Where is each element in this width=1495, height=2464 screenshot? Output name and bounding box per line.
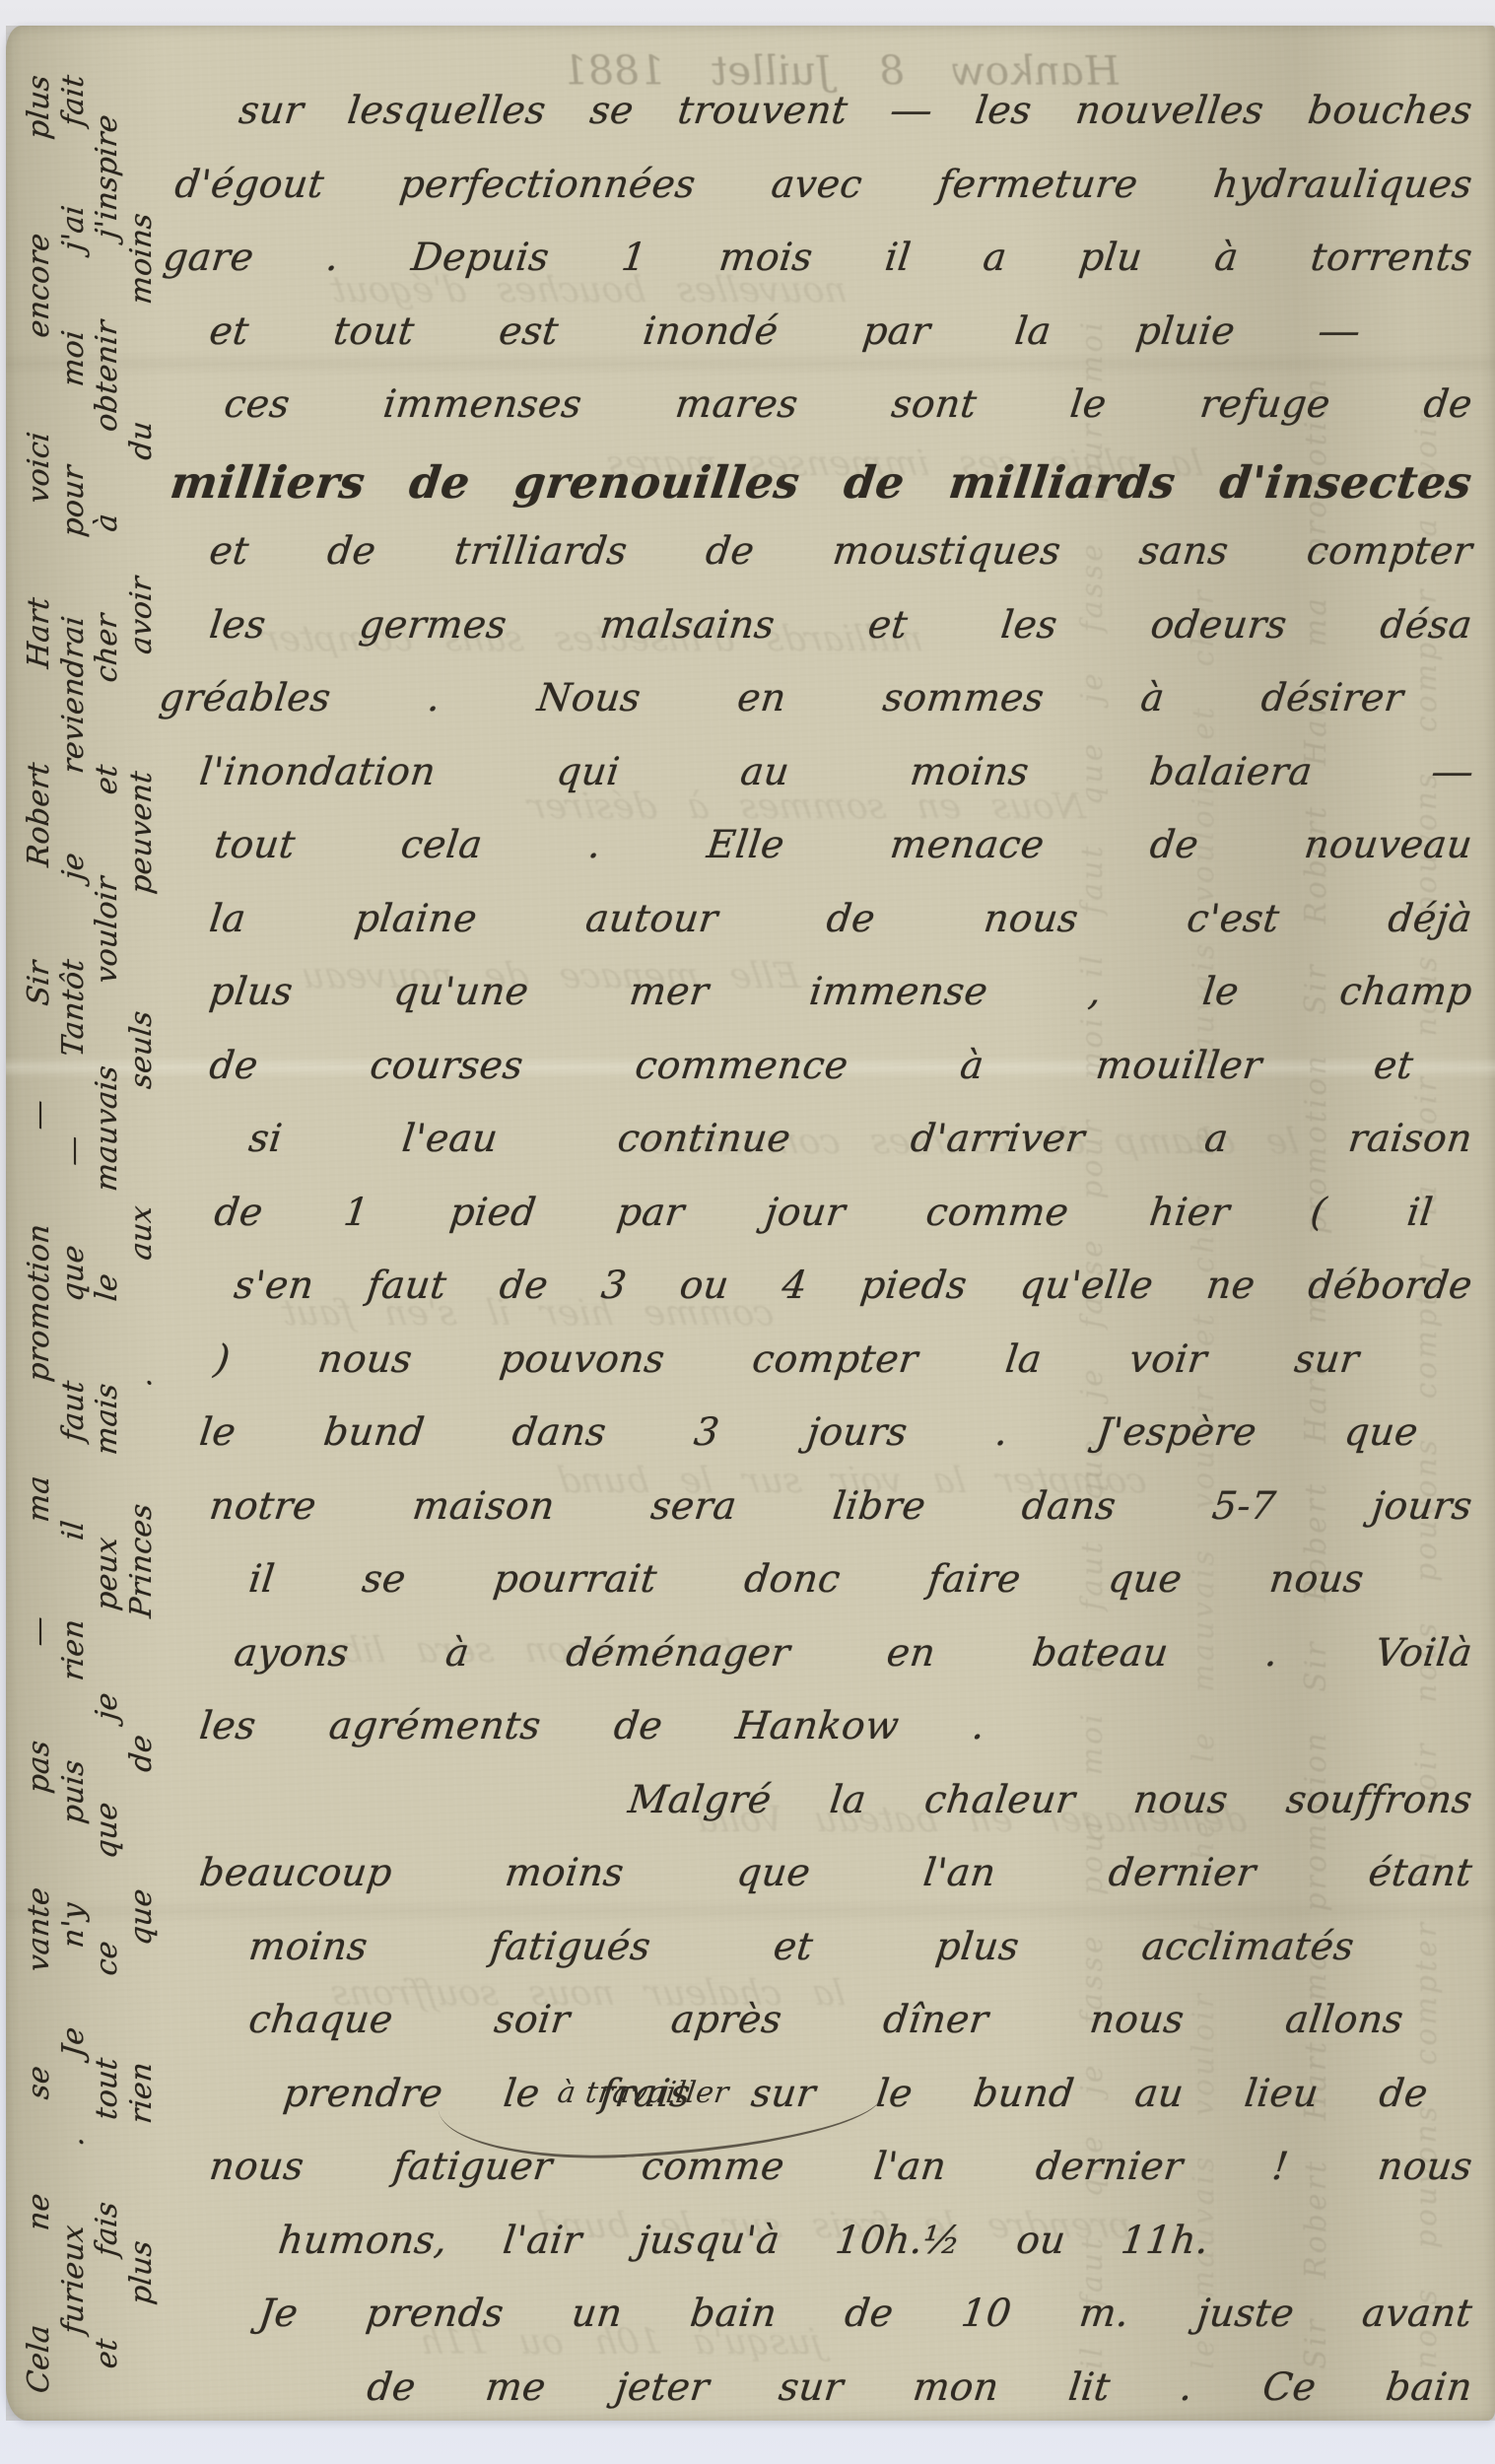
word: est	[497, 309, 561, 354]
word: la	[207, 897, 248, 941]
word: aux	[124, 1203, 159, 1262]
margin-line-3: etfaistoutcequejepeuxmaislemauvaisvouloi…	[90, 73, 124, 2395]
word: de	[843, 2292, 896, 2336]
word: pluie	[1133, 309, 1238, 354]
word: moins	[503, 1851, 627, 1895]
word: le	[90, 1271, 124, 1303]
word: je	[90, 1691, 124, 1722]
word: le	[1200, 970, 1242, 1014]
photo-background: { "letter": { "ink_color": "#2f2a22", "p…	[0, 0, 1495, 2464]
word: .	[56, 2134, 91, 2147]
word: la	[1012, 309, 1053, 354]
word: bateau	[1030, 1631, 1171, 1676]
word: —	[56, 1134, 91, 1168]
word: de	[824, 897, 877, 941]
word: compter	[750, 1337, 920, 1382]
word: nous	[207, 2145, 306, 2189]
letter-line-18: )nouspouvonscompterlavoirsur	[149, 1337, 1474, 1411]
letter-body: surlesquellessetrouvent―lesnouvellesbouc…	[154, 89, 1470, 2438]
word: fatigués	[488, 1925, 653, 1969]
word: hier	[1147, 1191, 1232, 1235]
word: nous	[315, 1337, 415, 1382]
word: fais	[90, 2200, 124, 2258]
word: de	[704, 529, 757, 574]
word: trilliards	[452, 529, 631, 574]
word: Robert	[22, 761, 56, 868]
word: malsains	[597, 603, 777, 648]
letter-line-8: lesgermesmalsainsetlesodeursdésa	[149, 603, 1474, 677]
word: beaucoup	[197, 1851, 395, 1895]
word: d'arriver	[909, 1117, 1088, 1161]
word: promotion	[22, 1222, 56, 1383]
word: bouches	[1306, 89, 1475, 133]
word: menace	[888, 823, 1047, 867]
word: 5-7	[1210, 1484, 1279, 1529]
word: déborde	[1306, 1264, 1475, 1308]
word: mauvais	[90, 1063, 124, 1193]
word: déménager	[564, 1631, 792, 1676]
word: lieu	[1242, 2072, 1321, 2116]
word: que	[1342, 1410, 1421, 1455]
word: milliers	[168, 456, 368, 509]
word: moi	[56, 328, 91, 388]
word: au	[1132, 2072, 1187, 2116]
word: à	[443, 1631, 472, 1676]
word: par	[860, 309, 933, 354]
word: autour	[583, 897, 720, 941]
word: peux	[90, 1536, 124, 1612]
word: nouveau	[1302, 823, 1475, 867]
word: l'an	[920, 1851, 998, 1895]
word: juste	[1194, 2292, 1297, 2336]
word: ―	[1431, 750, 1475, 794]
word: mais	[90, 1382, 124, 1457]
word: que	[56, 1243, 91, 1303]
word: .	[970, 1704, 987, 1748]
word: Ce	[1260, 2365, 1319, 2410]
word: jours	[804, 1410, 910, 1455]
word: ma	[22, 1473, 56, 1524]
word: chaque	[246, 1998, 395, 2042]
margin-line-4: plusrienquedePrinces.auxseulspeuventavoi…	[124, 73, 159, 2395]
word: —	[22, 1614, 56, 1648]
word: ne	[22, 2191, 56, 2231]
letter-page: Hankow 8 Juillet 1881 il faut que je fas…	[6, 26, 1495, 2421]
word: pourrait	[491, 1557, 659, 1602]
word: se	[587, 89, 636, 133]
word: mon	[911, 2365, 1001, 2410]
word: de	[207, 1044, 260, 1088]
word: rien	[124, 2060, 159, 2125]
letter-line-16: de1piedparjourcommehier(il	[149, 1191, 1474, 1265]
word: j'inspire	[90, 112, 124, 240]
letter-line-22: ayonsàdéménagerenbateau.Voilà	[149, 1631, 1474, 1705]
word: .	[124, 1375, 159, 1388]
word: faut	[56, 1379, 91, 1443]
word: grenouilles	[511, 456, 802, 509]
letter-line-15: sil'eaucontinued'arriveraraison	[149, 1117, 1474, 1191]
word: c'est	[1185, 897, 1282, 941]
word: bund	[971, 2072, 1076, 2116]
word: libre	[831, 1484, 928, 1529]
word: trouvent	[675, 89, 850, 133]
word: il	[56, 1519, 91, 1541]
word: sans	[1137, 529, 1232, 574]
word: torrents	[1309, 236, 1475, 280]
word: en	[735, 676, 789, 720]
letter-line-14: decoursescommenceàmouilleret	[149, 1044, 1474, 1118]
word: acclimatés	[1139, 1925, 1356, 1969]
word: l'air	[501, 2219, 584, 2263]
word: maison	[410, 1484, 557, 1529]
word: ces	[222, 382, 293, 427]
word: au	[738, 750, 792, 794]
word: ―	[1318, 309, 1362, 354]
word: que	[90, 1801, 124, 1861]
word: de	[1147, 823, 1200, 867]
word: commence	[633, 1044, 850, 1088]
letter-line-21: ilsepourraitdoncfairequenous	[149, 1557, 1474, 1631]
word: fermeture	[935, 163, 1140, 207]
word: ou	[1014, 2219, 1068, 2263]
word: a	[981, 236, 1009, 280]
word: il	[246, 1557, 277, 1602]
word: le	[197, 1410, 238, 1455]
insertion-note: à travailler	[556, 2076, 731, 2110]
word: Je	[256, 2292, 301, 2336]
word: à	[1212, 236, 1241, 280]
word: .	[1178, 2365, 1195, 2410]
word: l'an	[871, 2145, 949, 2189]
word: de	[497, 1264, 550, 1308]
letter-line-11: toutcela.Ellemenacedenouveau	[149, 823, 1474, 897]
letter-line-2: d'égoutperfectionnéesavecfermeturehydrau…	[149, 163, 1474, 237]
letter-line-26: moinsfatiguésetplusacclimatés	[149, 1925, 1474, 1999]
word: avec	[769, 163, 864, 207]
word: .	[425, 676, 442, 720]
word: notre	[207, 1484, 319, 1529]
word: balaiera	[1147, 750, 1315, 794]
word: sur	[777, 2365, 847, 2410]
word: ayons	[232, 1631, 351, 1676]
word: il	[1404, 1191, 1435, 1235]
letter-line-5: cesimmensesmaressontlerefugede	[149, 382, 1474, 456]
word: raison	[1346, 1117, 1475, 1161]
word: Nous	[535, 676, 644, 720]
word: pouvons	[498, 1337, 668, 1382]
word: à	[90, 512, 124, 533]
word: et	[90, 2337, 124, 2370]
word: moins	[124, 211, 159, 306]
word: Tantôt	[56, 957, 91, 1059]
word: Cela	[22, 2323, 56, 2395]
letter-line-19: lebunddans3jours.J'espèreque	[149, 1410, 1474, 1484]
word: faire	[925, 1557, 1023, 1602]
word: en	[884, 1631, 938, 1676]
word: et	[90, 763, 124, 796]
word: sur	[1292, 1337, 1362, 1382]
word: de	[325, 529, 378, 574]
word: ,	[1086, 970, 1104, 1014]
word: dans	[510, 1410, 608, 1455]
word: humons,	[276, 2219, 450, 2263]
word: .	[1262, 1631, 1280, 1676]
word: hydrauliques	[1211, 163, 1475, 207]
word: nous	[1267, 1557, 1367, 1602]
word: d'égout	[172, 163, 326, 207]
word: obtenir	[90, 318, 124, 433]
word: Elle	[705, 823, 787, 867]
word: plaine	[352, 897, 479, 941]
word: et	[207, 309, 251, 354]
word: Hart	[22, 595, 56, 669]
word: les	[197, 1704, 258, 1748]
word: tout	[212, 823, 298, 867]
letter-line-25: beaucoupmoinsquel'andernierétant	[149, 1851, 1474, 1925]
word: jeter	[613, 2365, 712, 2410]
word: avant	[1360, 2292, 1475, 2336]
word: !	[1269, 2145, 1291, 2189]
word: gréables	[157, 676, 333, 720]
word: gare	[161, 236, 256, 280]
word: que	[1106, 1557, 1185, 1602]
word: moustiques	[831, 529, 1063, 574]
word: Sir	[22, 959, 56, 1007]
word: perfectionnées	[397, 163, 698, 207]
word: refuge	[1197, 382, 1332, 427]
word: compter	[1305, 529, 1475, 574]
word: odeurs	[1148, 603, 1289, 648]
word: —	[22, 1098, 56, 1131]
word: moins	[246, 1925, 371, 1969]
word: comme	[923, 1191, 1071, 1235]
word: et	[865, 603, 910, 648]
word: s'en	[232, 1264, 316, 1308]
word: du	[124, 419, 159, 461]
word: bain	[688, 2292, 780, 2336]
word: champ	[1337, 970, 1475, 1014]
bleedthrough-dateline: Hankow 8 Juillet 1881	[466, 47, 1121, 95]
letter-line-13: plusqu'unemerimmense,lechamp	[149, 970, 1474, 1044]
letter-line-10: l'inondationquiaumoinsbalaiera―	[149, 750, 1474, 824]
word: désa	[1378, 603, 1474, 648]
word: vante	[22, 1885, 56, 1973]
word: de	[1421, 382, 1474, 427]
word: après	[669, 1998, 784, 2042]
letter-line-7: etdetrilliardsdemoustiquessanscompter	[149, 529, 1474, 603]
word: plus	[22, 73, 56, 140]
word: il	[883, 236, 914, 280]
word: cher	[90, 612, 124, 684]
word: J'espère	[1094, 1410, 1259, 1455]
word: a	[1202, 1117, 1231, 1161]
word: se	[22, 2064, 56, 2100]
word: plus	[933, 1925, 1022, 1969]
word: plus	[207, 970, 296, 1014]
word: par	[614, 1191, 687, 1235]
word: de	[124, 1733, 159, 1773]
word: Princes	[124, 1502, 159, 1619]
word: le	[1067, 382, 1109, 427]
word: l'eau	[400, 1117, 501, 1161]
word: pieds	[858, 1264, 970, 1308]
word: de	[611, 1704, 664, 1748]
word: nous	[1376, 2145, 1475, 2189]
letter-line-17: s'enfautde3ou4piedsqu'ellenedéborde	[149, 1264, 1474, 1337]
word: 1	[619, 236, 649, 280]
word: la	[827, 1778, 868, 1822]
word: et	[771, 1925, 815, 1969]
word: seuls	[124, 1009, 159, 1091]
word: j'ai	[56, 203, 91, 252]
word: que	[734, 1851, 813, 1895]
word: vouloir	[90, 875, 124, 986]
word: me	[483, 2365, 548, 2410]
word: et	[207, 529, 251, 574]
word: nous	[1131, 1778, 1231, 1822]
word: qu'elle	[1018, 1264, 1156, 1308]
word: mouiller	[1093, 1044, 1263, 1088]
word: d'insectes	[1217, 456, 1475, 509]
word: 11h.	[1119, 2219, 1211, 2263]
word: peuvent	[124, 769, 159, 895]
word: soir	[492, 1998, 573, 2042]
word: de	[365, 2365, 418, 2410]
word: de	[407, 456, 473, 509]
word: si	[246, 1117, 285, 1161]
word: mois	[716, 236, 815, 280]
word: Malgré	[626, 1778, 774, 1822]
word: moins	[908, 750, 1032, 794]
word: m.	[1077, 2292, 1132, 2336]
word: (	[1308, 1191, 1328, 1235]
word: désirer	[1258, 676, 1405, 720]
letter-line-27: chaquesoiraprèsdînernousallons	[149, 1998, 1474, 2072]
word: immenses	[381, 382, 584, 427]
word: sommes	[880, 676, 1046, 720]
word: à	[958, 1044, 986, 1088]
word: voir	[1127, 1337, 1210, 1382]
word: jours	[1370, 1484, 1475, 1529]
word: 3	[599, 1264, 630, 1308]
letter-line-32: demejetersurmonlit.Cebain	[149, 2365, 1474, 2439]
letter-line-1: surlesquellessetrouvent―lesnouvellesbouc…	[149, 89, 1474, 163]
word: milliards	[946, 456, 1179, 509]
word: faut	[365, 1264, 449, 1308]
word: bain	[1384, 2365, 1475, 2410]
word: prendre	[281, 2072, 445, 2116]
word: )	[212, 1337, 233, 1382]
word: l'inondation	[197, 750, 439, 794]
word: Je	[56, 2025, 91, 2059]
word: allons	[1283, 1998, 1406, 2042]
word: mares	[673, 382, 801, 427]
word: 10	[959, 2292, 1014, 2336]
word: de	[212, 1191, 265, 1235]
margin-cross-writing: Celanesevantepas—mapromotion—SirRobertHa…	[22, 75, 158, 2393]
word: pour	[56, 464, 91, 539]
word: étant	[1366, 1851, 1474, 1895]
letter-line-3: gare.Depuis1moisilapluàtorrents	[149, 236, 1474, 309]
letter-line-30: humons,l'airjusqu'à10h.½ou11h.	[149, 2219, 1211, 2293]
letter-line-6: milliersdegrenouillesdemilliardsd'insect…	[149, 456, 1474, 530]
word: nouvelles	[1073, 89, 1266, 133]
word: sont	[889, 382, 979, 427]
word: chaleur	[922, 1778, 1078, 1822]
word: 1	[341, 1191, 372, 1235]
word: les	[973, 89, 1034, 133]
word: jusqu'à	[635, 2219, 782, 2263]
word: fait	[56, 73, 91, 127]
word: prends	[364, 2292, 507, 2336]
word: .	[585, 823, 603, 867]
word: bund	[321, 1410, 427, 1455]
word: qu'une	[391, 970, 531, 1014]
word: dîner	[881, 1998, 991, 2042]
word: donc	[742, 1557, 844, 1602]
letter-line-9: gréables.Nousensommesàdésirer	[149, 676, 1474, 750]
letter-line-24: Malgrélachaleurnoussouffrons	[149, 1778, 1474, 1852]
word: plu	[1077, 236, 1145, 280]
word: les	[207, 603, 268, 648]
word: qui	[554, 750, 622, 794]
word: ou	[677, 1264, 731, 1308]
word: jour	[763, 1191, 848, 1235]
word: déjà	[1386, 897, 1475, 941]
letter-line-29: nousfatiguercommel'andernier!nous	[149, 2145, 1474, 2219]
word: 3	[692, 1410, 722, 1455]
word: germes	[357, 603, 510, 648]
word: avoir	[124, 575, 159, 655]
word: puis	[56, 1758, 91, 1825]
word: agréments	[326, 1704, 543, 1748]
word: furieux	[56, 2224, 91, 2336]
word: pas	[22, 1739, 56, 1795]
word: de	[842, 456, 908, 509]
word: sur	[237, 89, 306, 133]
word: n'y	[56, 1901, 91, 1950]
word: tout	[331, 309, 417, 354]
word: et	[1371, 1044, 1415, 1088]
word: Voilà	[1373, 1631, 1475, 1676]
margin-line-1: Celanesevantepas—mapromotion—SirRobertHa…	[22, 73, 56, 2395]
word: Depuis	[409, 236, 552, 280]
word: plus	[124, 2238, 159, 2305]
word: la	[1003, 1337, 1045, 1382]
word: souffrons	[1284, 1778, 1475, 1822]
word: pied	[447, 1191, 539, 1235]
word: reviendrai	[56, 614, 91, 775]
word: continue	[615, 1117, 793, 1161]
word: inondé	[641, 309, 781, 354]
word: voici	[22, 430, 56, 505]
word: se	[360, 1557, 408, 1602]
word: nous	[982, 897, 1081, 941]
word: je	[56, 851, 91, 881]
word: .	[323, 236, 341, 280]
letter-line-31: Jeprendsunbainde10m.justeavant	[149, 2292, 1474, 2365]
word: immense	[807, 970, 990, 1014]
letter-line-12: laplaineautourdenousc'estdéjà	[149, 897, 1474, 971]
word: cela	[398, 823, 485, 867]
letter-line-20: notremaisonseralibredans5-7jours	[149, 1484, 1474, 1558]
word: un	[570, 2292, 626, 2336]
word: 10h.½	[833, 2219, 963, 2263]
word: lit	[1066, 2365, 1113, 2410]
word: les	[998, 603, 1059, 648]
word: ce	[90, 1939, 124, 1977]
word: nous	[1087, 1998, 1187, 2042]
